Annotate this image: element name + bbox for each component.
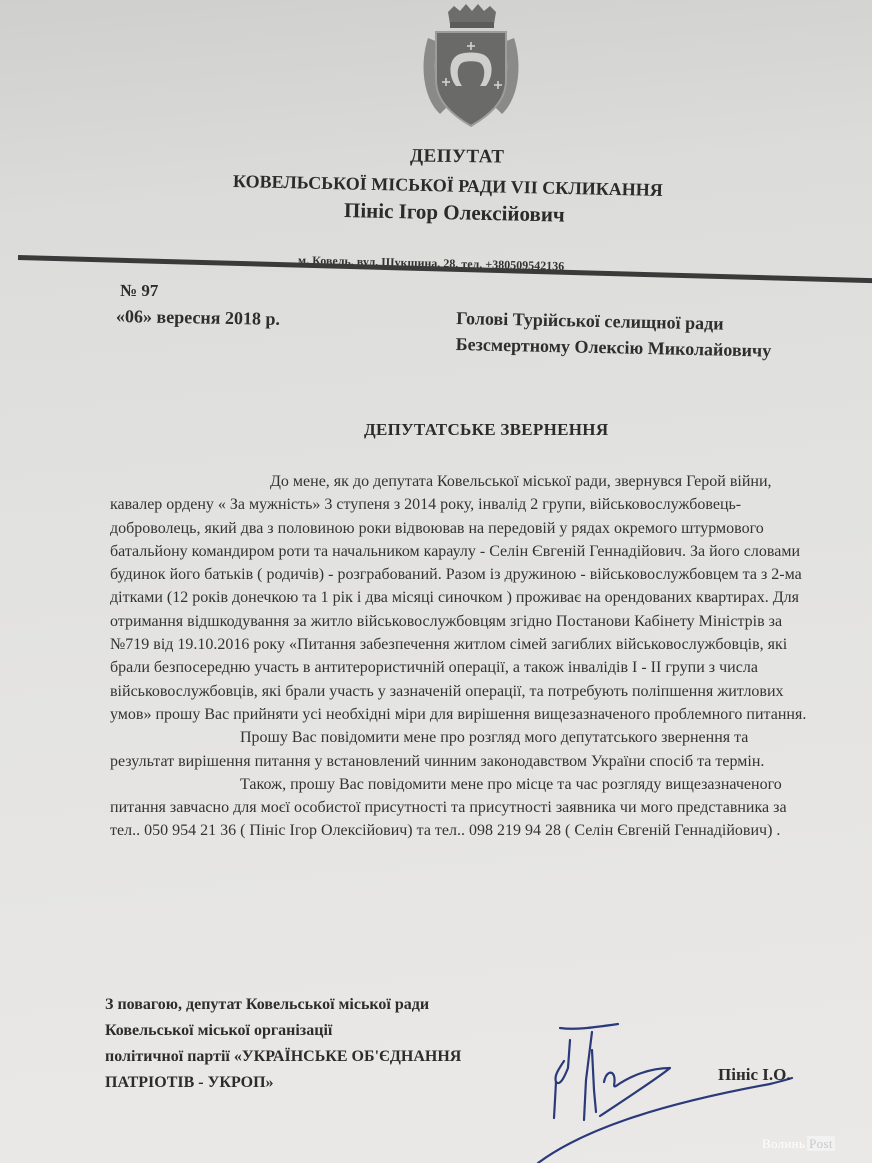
letterhead-council: КОВЕЛЬСЬКОЇ МІСЬКОЇ РАДИ VII СКЛИКАННЯ [233, 171, 663, 201]
document-title: ДЕПУТАТСЬКЕ ЗВЕРНЕННЯ [364, 420, 608, 440]
closing-line: З повагою, депутат Ковельської міської р… [105, 992, 461, 1018]
coat-of-arms-icon [418, 2, 524, 130]
watermark-text: Волинь [762, 1136, 805, 1151]
registration-number: № 97 [120, 281, 158, 301]
addressee-line-2: Безсмертному Олексію Миколайовичу [455, 331, 771, 364]
watermark-post: Post [807, 1136, 835, 1151]
body-paragraph: До мене, як до депутата Ковельської місь… [110, 470, 815, 726]
document-page: ДЕПУТАТ КОВЕЛЬСЬКОЇ МІСЬКОЇ РАДИ VII СКЛ… [0, 0, 872, 1163]
letterhead-title: ДЕПУТАТ [410, 146, 505, 169]
document-body: До мене, як до депутата Ковельської місь… [110, 470, 815, 843]
registration-date: «06» вересня 2018 р. [116, 306, 280, 330]
addressee: Голові Турійської селищної ради Безсмерт… [455, 305, 772, 364]
closing-line: ПАТРІОТІВ - УКРОП» [105, 1070, 461, 1096]
body-paragraph: Прошу Вас повідомити мене про розгляд мо… [110, 726, 815, 773]
watermark-logo: ВолиньPost [762, 1136, 835, 1152]
body-paragraph: Також, прошу Вас повідомити мене про міс… [110, 773, 815, 843]
closing-line: Ковельської міської організації [105, 1018, 461, 1044]
closing-block: З повагою, депутат Ковельської міської р… [105, 992, 461, 1096]
signer-name: Пініс І.О. [718, 1065, 791, 1085]
closing-line: політичної партії «УКРАЇНСЬКЕ ОБ'ЄДНАННЯ [105, 1044, 461, 1070]
letterhead-deputy-name: Пініс Ігор Олексійович [344, 198, 565, 228]
